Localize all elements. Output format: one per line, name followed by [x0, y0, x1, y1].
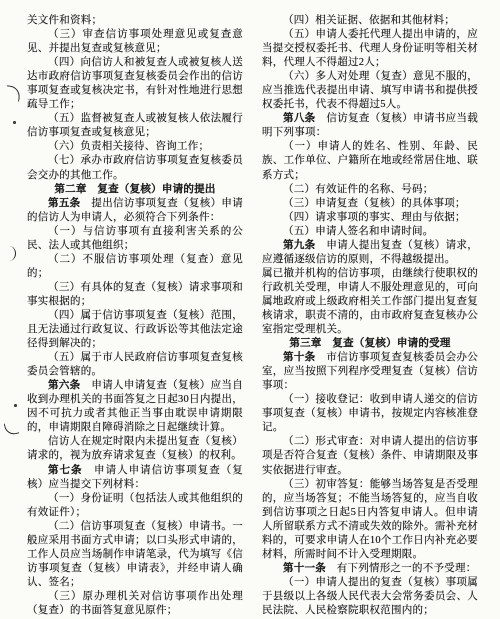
paragraph: （六）负责相关接待、咨询工作； [27, 140, 243, 154]
article-number: 第八条 [283, 113, 316, 124]
pen-mark-dot-icon [14, 404, 17, 407]
pen-mark-paren-icon [7, 246, 16, 261]
paragraph: （七）承办市政府信访事项复查复核委员会交办的其他工作。 [27, 154, 243, 182]
paragraph: （一）与信访事项有直接利害关系的公民、法人或其他组织； [27, 225, 243, 253]
paragraph: （二）形式审查：对申请人提出的信访事项是否符合复查（复核）条件、申请期限及事实依… [262, 435, 478, 477]
left-column: 关文件和资料；（三）审查信访事项处理意见或复查意见、并提出复查或复核意见；（四）… [27, 14, 243, 619]
pen-mark-hook-icon [5, 85, 20, 101]
paragraph: （一）申请人的姓名、性别、年龄、民族、工作单位、户籍所在地或经常居住地、联系方式… [262, 140, 478, 182]
paragraph: （五）属于市人民政府信访事项复查复核委员会管辖的。 [27, 351, 243, 379]
paragraph: 第十一条 有下列情形之一的不予受理： [262, 562, 478, 576]
paragraph: （三）有具体的复查（复核）请求事项和事实根据的； [27, 281, 243, 309]
paragraph: 第六条 申请人申请复查（复核）应当自收到办理机关的书面答复之日起30日内提出，因… [27, 379, 243, 435]
paragraph: （二）有效证件的名称、号码； [262, 183, 478, 197]
paragraph: 第十条 市信访事项复查复核委员会办公室，应当按照下列程序受理复查（复核）信访事项… [262, 351, 478, 393]
paragraph: （二）不服信访事项处理（复查）意见的； [27, 253, 243, 281]
article-number: 第六条 [48, 380, 81, 391]
article-number: 第九条 [283, 240, 316, 251]
paragraph: 关文件和资料； [27, 14, 243, 28]
document-page: 关文件和资料；（三）审查信访事项处理意见或复查意见、并提出复查或复核意见；（四）… [0, 0, 500, 619]
article-number: 第七条 [48, 465, 83, 476]
paragraph: 第五条 提出信访事项复查（复核）申请的信访人为申请人，必须符合下列条件： [27, 197, 243, 225]
paragraph: （三）初审答复：能够当场答复是否受理的，应当场答复；不能当场答复的，应当自收到信… [262, 478, 478, 562]
article-number: 第十一条 [283, 563, 326, 574]
pen-mark-dot-icon [13, 121, 16, 124]
paragraph: （一）身份证明（包括法人或其他组织的有效证件）； [27, 492, 243, 520]
paragraph: 第七条 申请人申请信访事项复查（复核）应当提交下列材料： [27, 464, 243, 492]
paragraph: （三）原办理机关对信访事项作出处理（复查）的书面答复意见原件； [27, 590, 243, 618]
paragraph: （四）相关证据、依据和其他材料； [262, 14, 478, 28]
paragraph: （一）申请人提出的复查（复核）事项属于县级以上各级人民代表大会常务委员会、人民法… [262, 576, 478, 618]
article-number: 第十条 [283, 352, 316, 363]
paragraph: （一）接收登记：收到申请人递交的信访事项复查（复核）申请书，按规定内容核准登记。 [262, 393, 478, 435]
paragraph: （三）申请复查（复核）的具体事项； [262, 197, 478, 211]
paragraph: （三）审查信访事项处理意见或复查意见、并提出复查或复核意见； [27, 28, 243, 56]
chapter-heading: 第三章 复查（复核）申请的受理 [262, 337, 478, 351]
paragraph: （五）申请人签名和申请时间。 [262, 225, 478, 239]
chapter-heading: 第二章 复查（复核）申请的提出 [27, 183, 243, 197]
article-number: 第五条 [48, 198, 81, 209]
paragraph: （五）申请人委托代理人提出申请的，应当提交授权委托书、代理人身份证明等相关材料，… [262, 28, 478, 70]
paragraph: 第八条 信访复查（复核）申请书应当载明下列事项： [262, 112, 478, 140]
paragraph: （二）信访事项复查（复核）申请书。一般应采用书面方式申请；以口头形式申请的，工作… [27, 520, 243, 590]
paragraph: 信访人在规定时限内未提出复查（复核）请求的，视为放弃请求复查（复核）的权利。 [27, 435, 243, 463]
paragraph: （四）向信访人和被复查人或被复核人送达市政府信访事项复查复核委员会作出的信访事项… [27, 56, 243, 112]
paragraph: （四）请求事项的事实、理由与依据； [262, 211, 478, 225]
paragraph: （五）监督被复查人或被复核人依法履行信访事项复查或复核意见； [27, 112, 243, 140]
paragraph: 属已撤并机构的信访事项，由继续行使职权的行政机关受理，申请人不服处理意见的，可向… [262, 267, 478, 337]
paragraph: 第九条 申请人提出复查（复核）请求，应遵循逐级信访的原则，不得越级提出。 [262, 239, 478, 267]
right-column: （四）相关证据、依据和其他材料；（五）申请人委托代理人提出申请的，应当提交授权委… [262, 14, 478, 619]
paragraph: （六）多人对处理（复查）意见不服的，应当推选代表提出申请、填写申请书和提供授权委… [262, 70, 478, 112]
pen-mark-tick-icon [4, 421, 20, 437]
paragraph: （四）属于信访事项复查（复核）范围，且无法通过行政复议、行政诉讼等其他法定途径得… [27, 309, 243, 351]
